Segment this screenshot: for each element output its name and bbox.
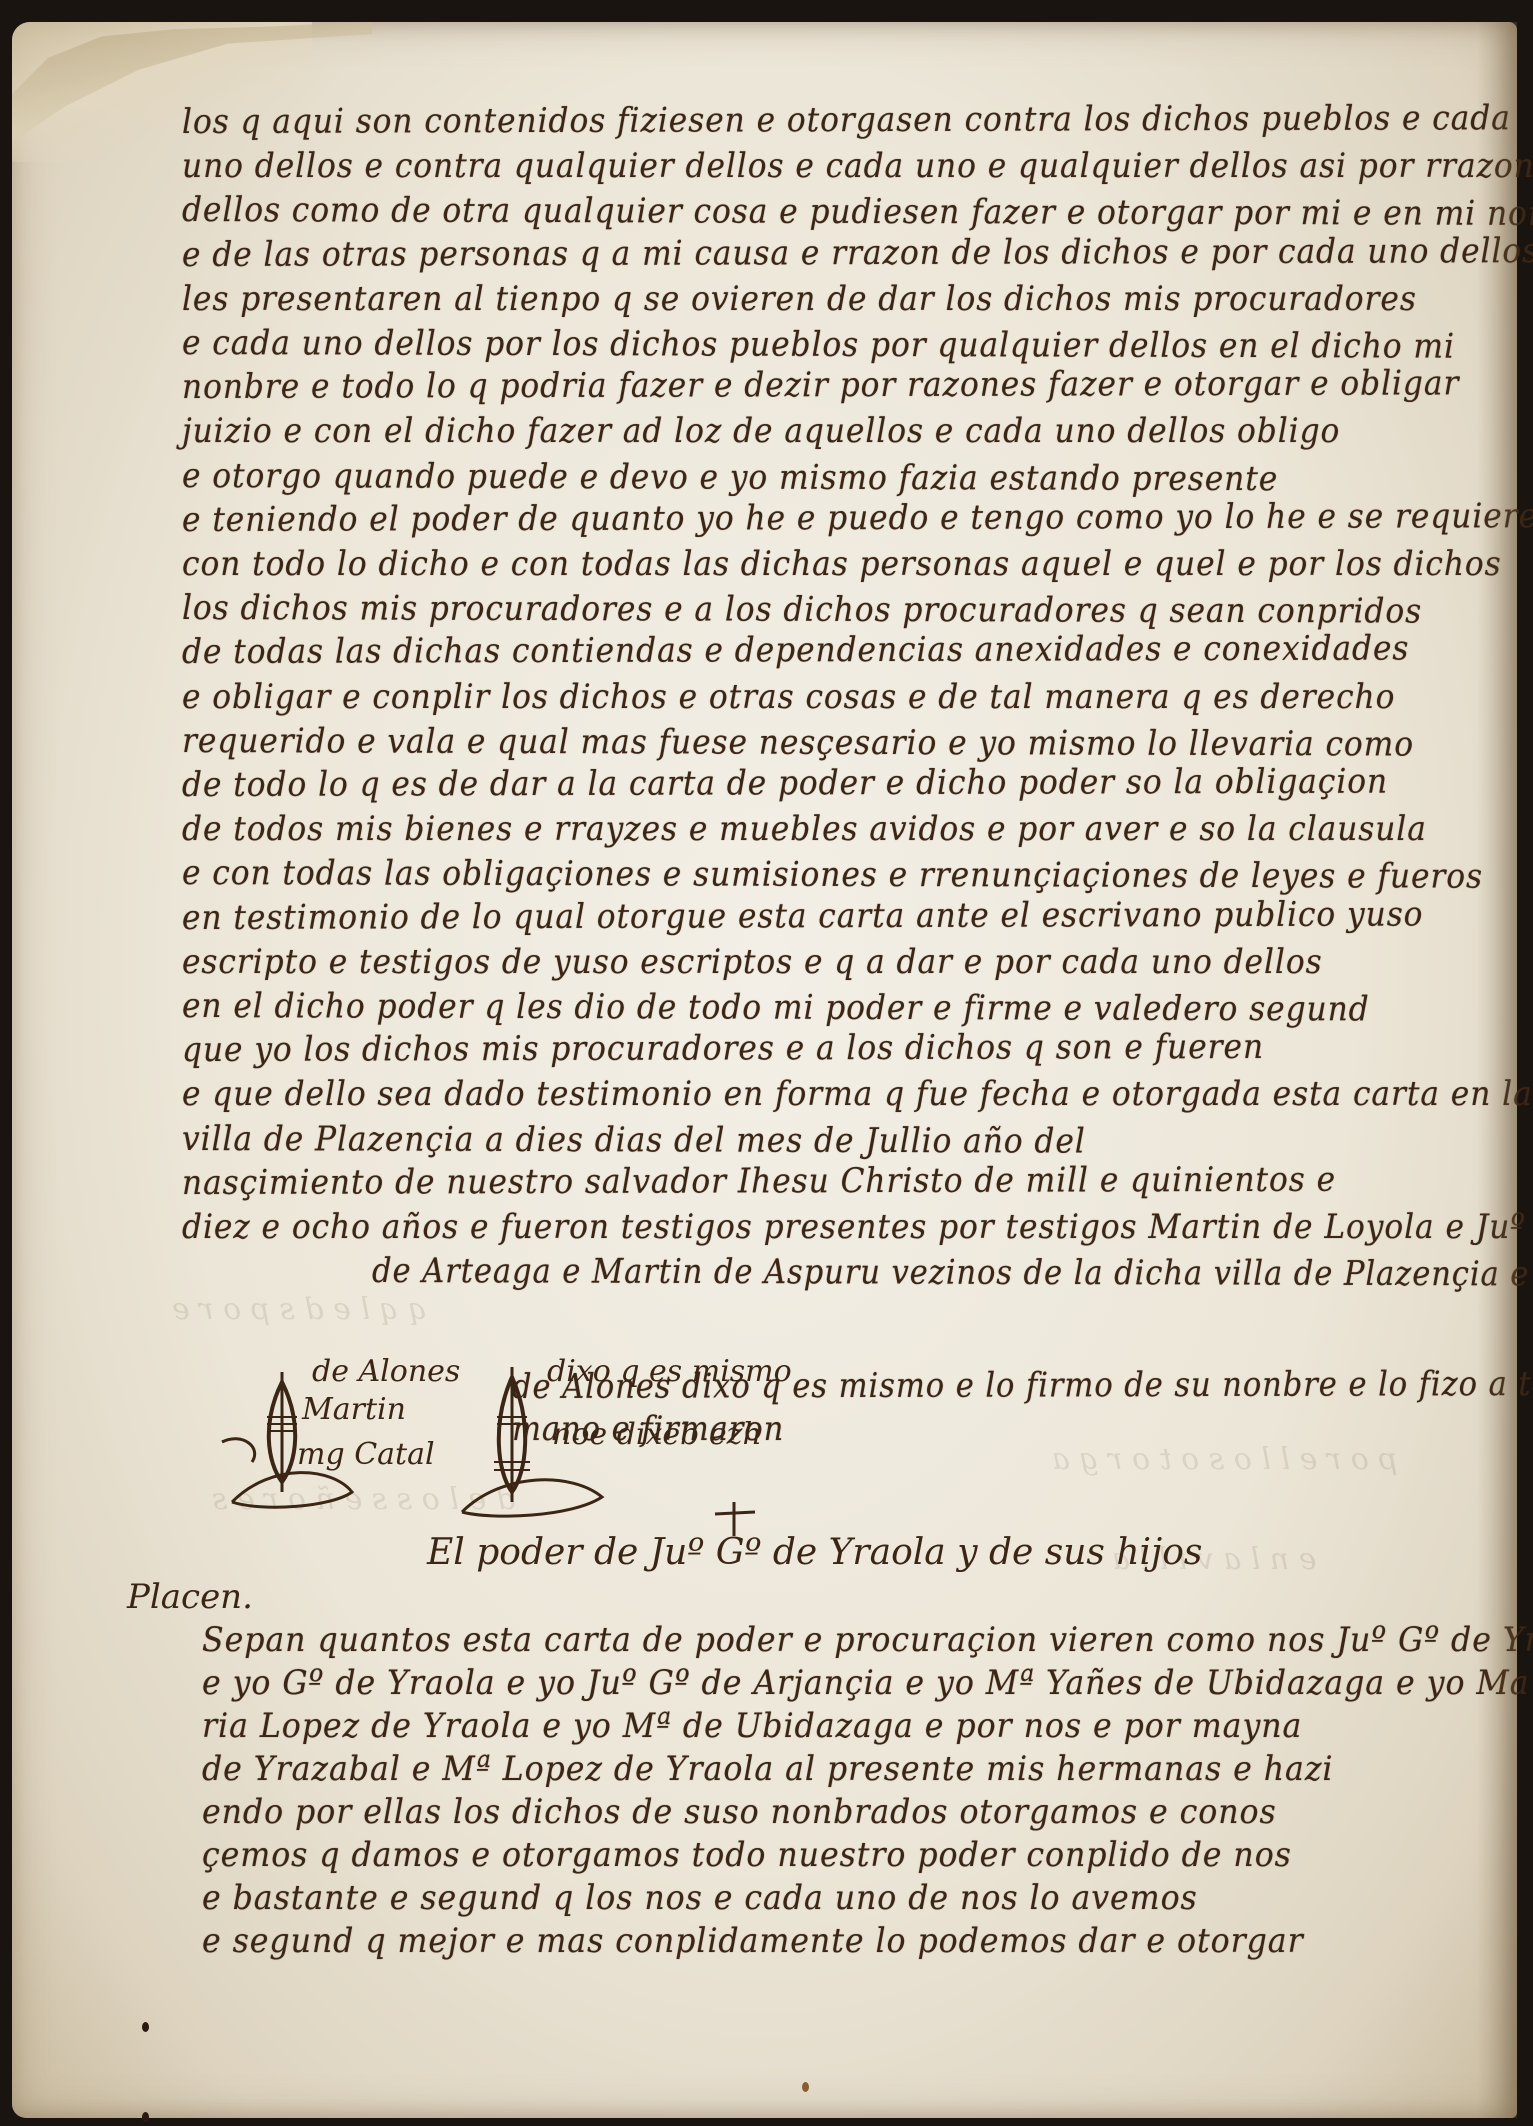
signature-name: mg Catal [297, 1437, 435, 1472]
manuscript-line: nasçimiento de nuestro salvador Ihesu Ch… [182, 1160, 1336, 1203]
deed-2-heading: El poder de Juº Gº de Yraola y de sus hi… [427, 1532, 1202, 1573]
bleed-through-text: q q l e d s p o r e [172, 1292, 428, 1327]
manuscript-line: e con todas las obligaçiones e sumisione… [182, 853, 1483, 897]
manuscript-line: los dichos mis procuradores e a los dich… [182, 588, 1422, 632]
manuscript-line: uno dellos e contra qualquier dellos e c… [182, 146, 1533, 186]
signature-annotation: noe dixeb ezh [552, 1417, 762, 1452]
ink-speck [142, 2022, 149, 2032]
manuscript-line: les presentaren al tienpo q se ovieren d… [182, 279, 1417, 319]
manuscript-line: villa de Plazençia a dies dias del mes d… [182, 1119, 1086, 1162]
signature-annotation: dixo q es mismo [547, 1354, 792, 1389]
manuscript-line: e que dello sea dado testimonio en forma… [182, 1074, 1533, 1114]
manuscript-line: e segund q mejor e mas conplidamente lo … [202, 1921, 1304, 1961]
manuscript-line: nonbre e todo lo q podria fazer e dezir … [182, 364, 1459, 408]
margin-note: Placen. [127, 1577, 253, 1617]
signature-name: Martin [302, 1392, 406, 1427]
manuscript-line: e bastante e segund q los nos e cada uno… [202, 1878, 1198, 1918]
manuscript-line: de todo lo q es de dar a la carta de pod… [182, 762, 1388, 805]
manuscript-line: de Yrazabal e Mª Lopez de Yraola al pres… [202, 1749, 1333, 1789]
manuscript-line: ria Lopez de Yraola e yo Mª de Ubidazaga… [202, 1706, 1302, 1746]
manuscript-line: dellos como de otra qualquier cosa e pud… [182, 190, 1533, 234]
ink-speck [802, 2082, 809, 2092]
manuscript-line: e cada uno dellos por los dichos pueblos… [182, 323, 1455, 367]
bleed-through-text: p o r e l l o s o t o r g a [1052, 1442, 1398, 1477]
manuscript-line: çemos q damos e otorgamos todo nuestro p… [202, 1835, 1292, 1875]
manuscript-line: e otorgo quando puede e devo e yo mismo … [182, 456, 1278, 499]
manuscript-line: de todas las dichas contiendas e depende… [182, 629, 1409, 672]
manuscript-line: en testimonio de lo qual otorgue esta ca… [182, 894, 1424, 938]
manuscript-line: diez e ocho años e fueron testigos prese… [182, 1207, 1533, 1247]
manuscript-line: que yo los dichos mis procuradores e a l… [182, 1027, 1264, 1070]
ink-speck [142, 2112, 149, 2122]
manuscript-line: de todos mis bienes e rrayzes e muebles … [182, 809, 1427, 849]
manuscript-line: los q aqui son contenidos fiziesen e oto… [182, 98, 1511, 142]
manuscript-line: juizio e con el dicho fazer ad loz de aq… [182, 411, 1340, 451]
signature-annotation: de Alones [312, 1354, 460, 1389]
manuscript-line: e teniendo el poder de quanto yo he e pu… [182, 496, 1533, 540]
manuscript-line: escripto e testigos de yuso escriptos e … [182, 942, 1323, 982]
manuscript-line: con todo lo dicho e con todas las dichas… [182, 544, 1502, 584]
manuscript-line: e de las otras personas q a mi causa e r… [182, 231, 1533, 275]
manuscript-line: e yo Gº de Yraola e yo Juº Gº de Arjançi… [202, 1663, 1530, 1703]
manuscript-line: en el dicho poder q les dio de todo mi p… [182, 986, 1370, 1029]
manuscript-page: q q l e d s p o r e d e l o s s e ñ o r … [12, 22, 1517, 2118]
notarial-signature-right: dixo q es mismo noe dixeb ezh [452, 1362, 712, 1522]
manuscript-line: endo por ellas los dichos de suso nonbra… [202, 1792, 1277, 1832]
manuscript-line: Sepan quantos esta carta de poder e proc… [202, 1620, 1533, 1660]
manuscript-line: de Arteaga e Martin de Aspuru vezinos de… [372, 1251, 1533, 1295]
manuscript-line: e obligar e conplir los dichos e otras c… [182, 677, 1395, 717]
manuscript-line: requerido e vala e qual mas fuese nesçes… [182, 721, 1414, 765]
